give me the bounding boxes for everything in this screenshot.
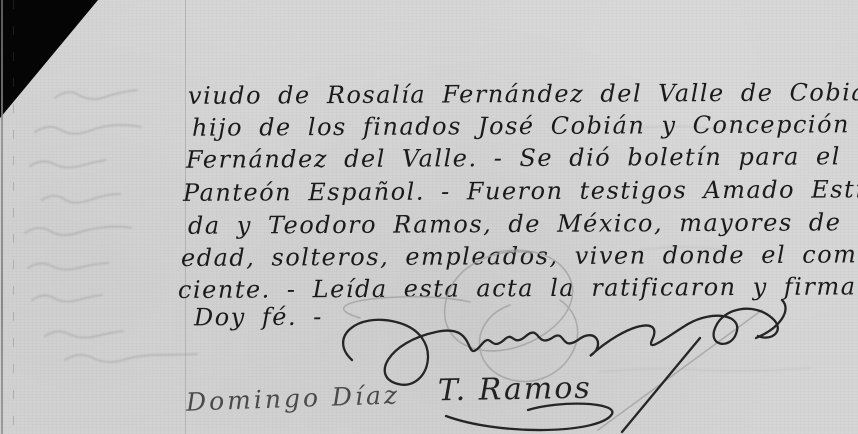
scanned-document-page: viudo de Rosalía Fernández del Valle de … <box>0 0 858 434</box>
signature-t-ramos: T. Ramos <box>438 371 592 409</box>
flourish-signature-icon <box>0 0 858 434</box>
